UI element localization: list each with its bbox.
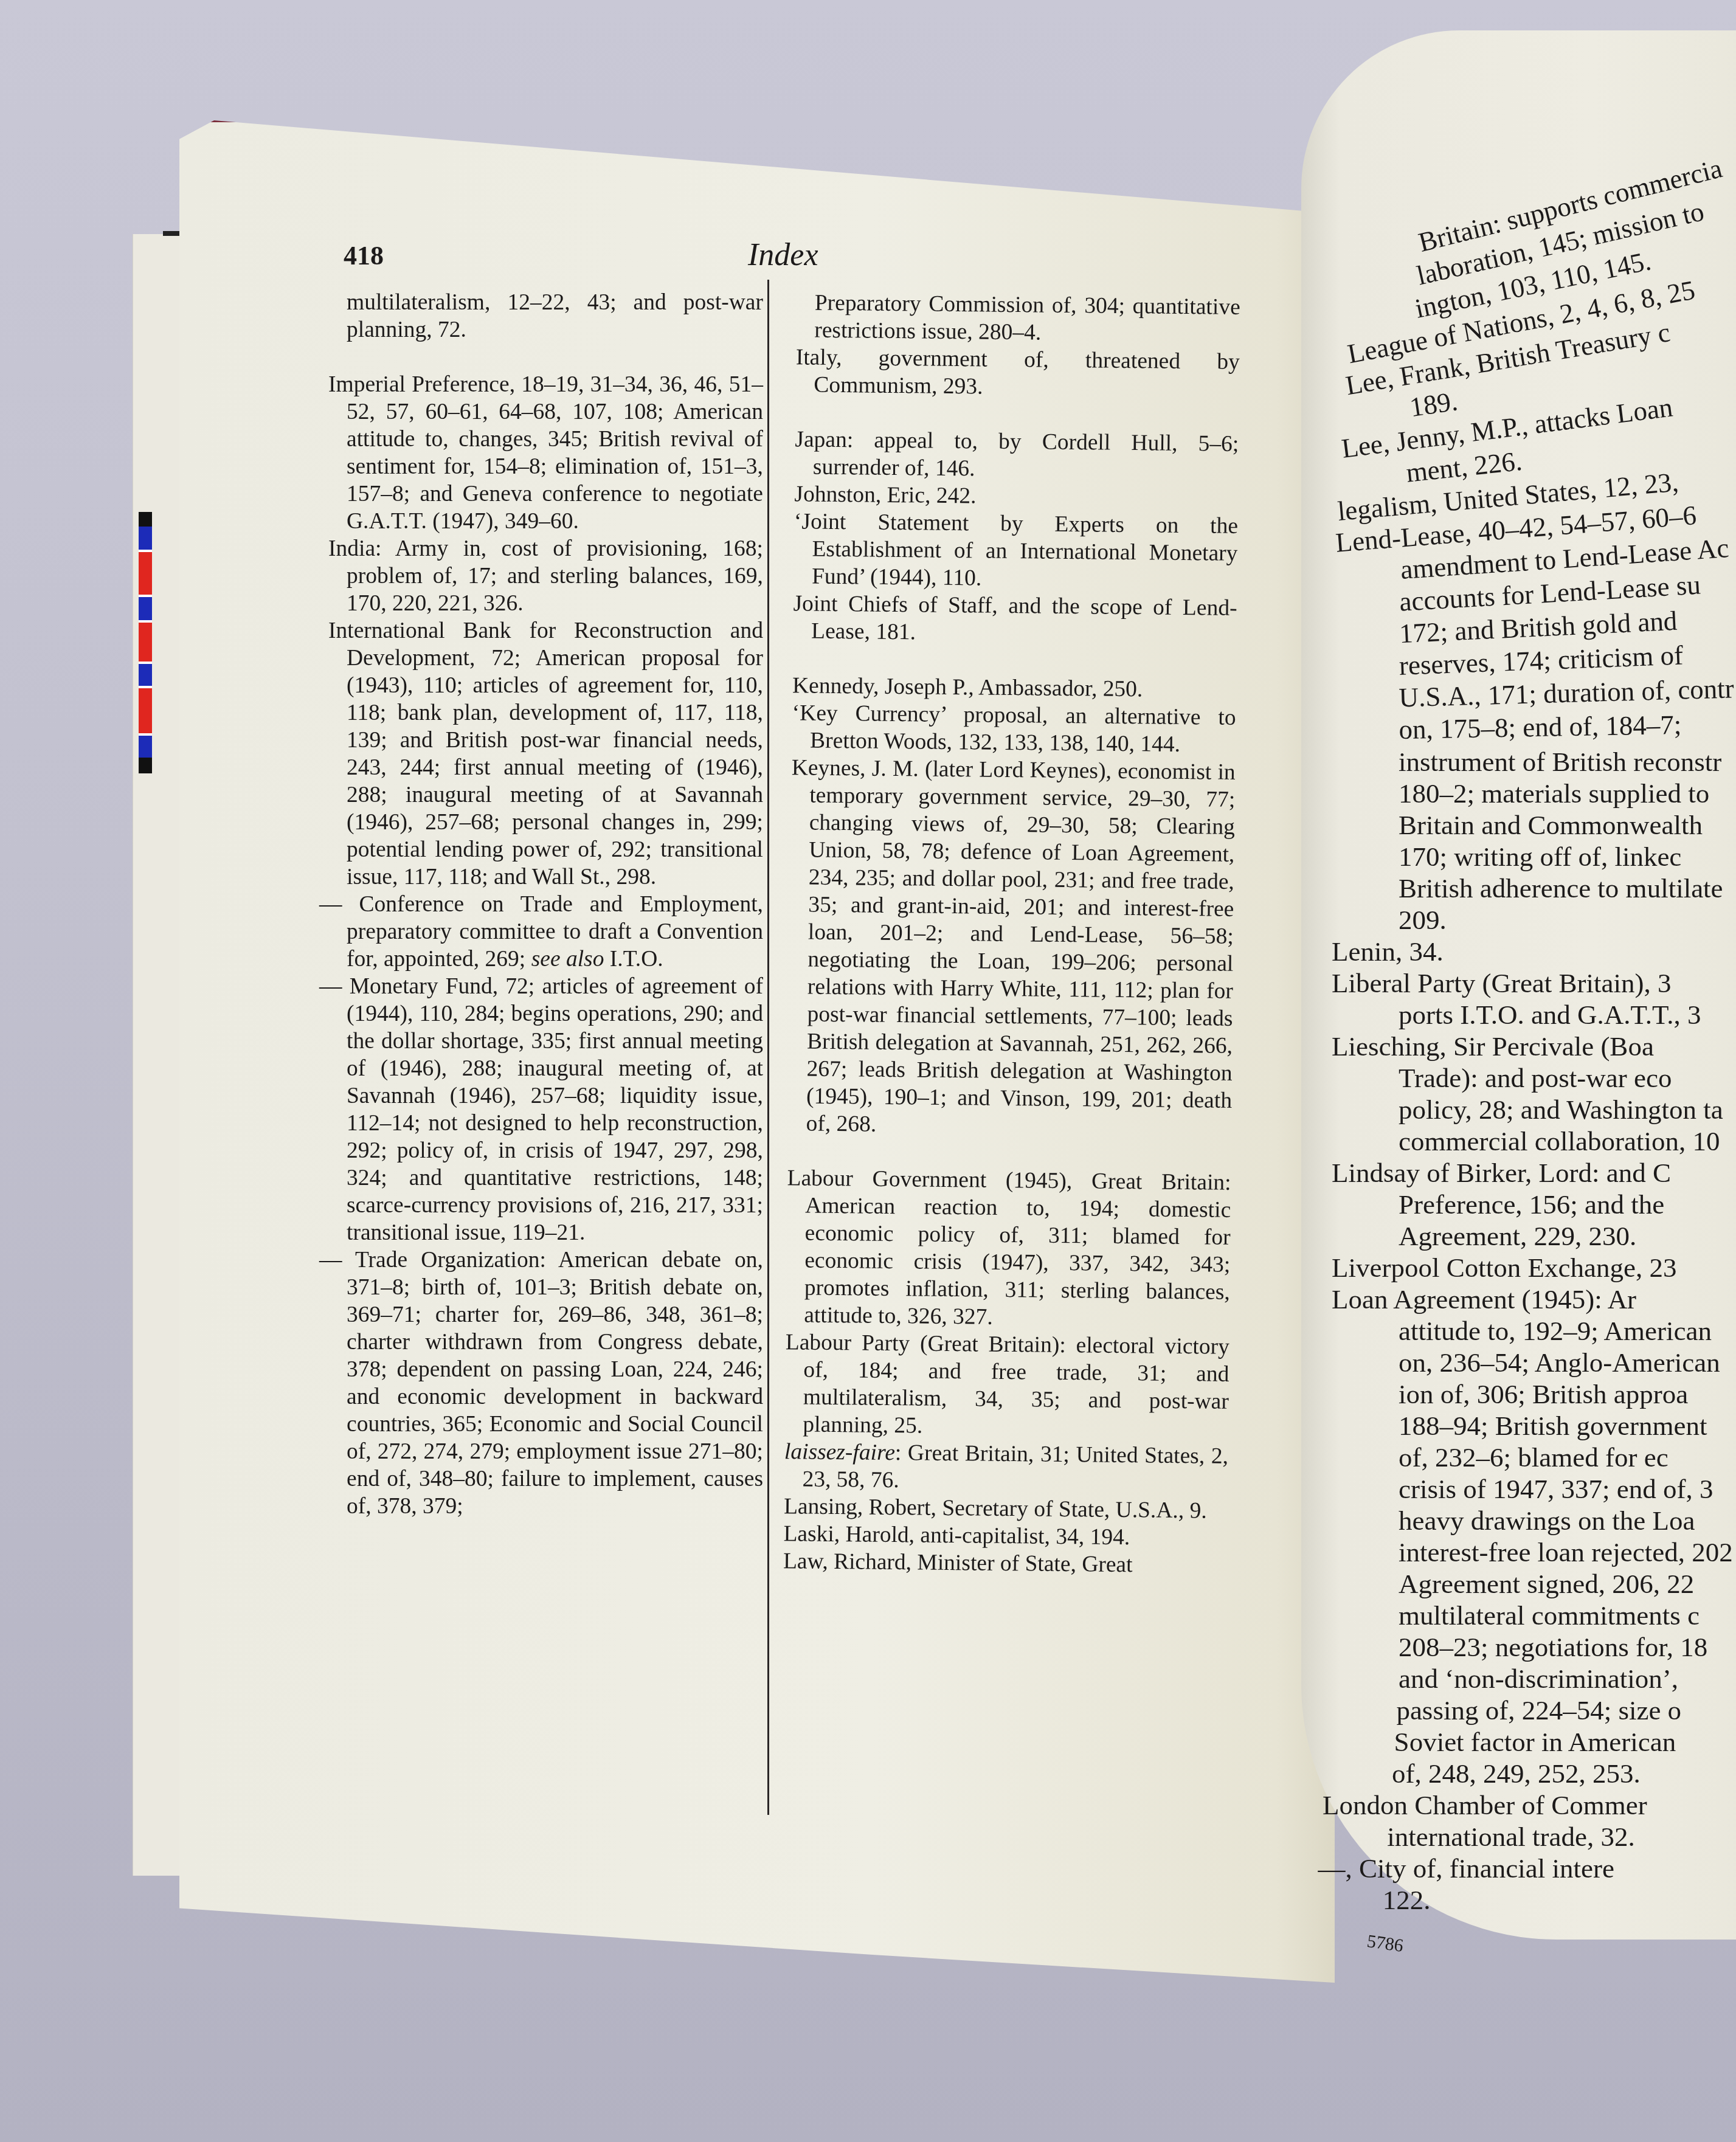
index-line: ion of, 306; British approa: [1365, 1378, 1736, 1410]
italic-term: laissez-faire: [784, 1439, 895, 1465]
index-line: commercial collaboration, 10: [1365, 1125, 1736, 1157]
index-entry: Kennedy, Joseph P., Ambassador, 250.: [774, 672, 1236, 704]
page-header: 418 Index: [344, 240, 1316, 283]
index-entry: Italy, government of, threatened by Comm…: [777, 344, 1240, 403]
index-line: Agreement, 229, 230.: [1365, 1220, 1736, 1252]
index-entry: ‘Joint Statement by Experts on the Estab…: [775, 508, 1238, 595]
index-line: attitude to, 192–9; American: [1365, 1315, 1736, 1347]
index-entry: Johnston, Eric, 242.: [776, 480, 1238, 513]
index-subentry: — Trade Organization: American debate on…: [310, 1246, 763, 1520]
running-head-title: Index: [748, 237, 818, 273]
index-entry: Preparatory Commission of, 304; quantita…: [778, 289, 1240, 348]
index-entry: multilateralism, 12–22, 43; and post-war…: [310, 289, 763, 344]
index-entry: India: Army in, cost of provisioning, 16…: [310, 535, 763, 617]
index-line: passing of, 224–54; size o: [1363, 1695, 1736, 1726]
index-line: —, City of, financial intere: [1352, 1853, 1736, 1884]
index-line: of, 232–6; blamed for ec: [1365, 1442, 1736, 1473]
index-line: Liberal Party (Great Britain), 3: [1365, 967, 1736, 999]
index-column-left: multilateralism, 12–22, 43; and post-war…: [310, 289, 763, 1520]
printer-signature-mark: 5786: [1366, 1931, 1405, 1957]
index-subentry: — Monetary Fund, 72; articles of agreeme…: [310, 973, 763, 1246]
index-line: policy, 28; and Washington ta: [1365, 1094, 1736, 1125]
index-entry: Japan: appeal to, by Cordell Hull, 5–6; …: [776, 426, 1239, 485]
index-entry: ‘Key Currency’ proposal, an alternative …: [773, 699, 1236, 759]
index-line: of, 248, 249, 252, 253.: [1358, 1758, 1736, 1789]
index-line: ports I.T.O. and G.A.T.T., 3: [1365, 999, 1736, 1031]
index-line: multilateral commitments c: [1365, 1600, 1736, 1631]
index-line: 188–94; British government: [1365, 1410, 1736, 1442]
index-entry: Laski, Harold, anti-capitalist, 34, 194.: [765, 1520, 1227, 1552]
index-line: international trade, 32.: [1354, 1821, 1736, 1853]
index-line: 180–2; materials supplied to: [1365, 778, 1736, 809]
index-column-middle: Preparatory Commission of, 304; quantita…: [765, 289, 1240, 1580]
index-line: and ‘non-discrimination’,: [1365, 1663, 1736, 1695]
index-line: Britain and Commonwealth: [1365, 809, 1736, 841]
index-line: Liesching, Sir Percivale (Boa: [1365, 1031, 1736, 1062]
index-entry: Labour Party (Great Britain): electoral …: [766, 1328, 1229, 1443]
index-entry: laissez-faire: Great Britain, 31; United…: [766, 1438, 1228, 1498]
index-line: Soviet factor in American: [1361, 1726, 1736, 1758]
index-entry: Joint Chiefs of Staff, and the scope of …: [775, 590, 1237, 649]
index-line: British adherence to multilate: [1365, 872, 1736, 904]
index-line: Trade): and post-war eco: [1365, 1062, 1736, 1094]
index-line: 170; writing off of, linkec: [1365, 841, 1736, 872]
index-entry: Lansing, Robert, Secretary of State, U.S…: [766, 1493, 1228, 1525]
index-line: on, 236–54; Anglo-American: [1365, 1347, 1736, 1378]
column-divider-rule: [767, 280, 769, 1815]
index-line: Lindsay of Birker, Lord: and C: [1365, 1157, 1736, 1189]
index-line: heavy drawings on the Loa: [1365, 1505, 1736, 1536]
index-line: 208–23; negotiations for, 18: [1365, 1631, 1736, 1663]
index-line: Preference, 156; and the: [1365, 1189, 1736, 1220]
index-line: Lenin, 34.: [1365, 936, 1736, 967]
page-number: 418: [344, 240, 384, 271]
index-line: 209.: [1365, 904, 1736, 936]
index-line: Liverpool Cotton Exchange, 23: [1365, 1252, 1736, 1283]
index-entry: Keynes, J. M. (later Lord Keynes), econo…: [769, 754, 1236, 1142]
index-line: London Chamber of Commer: [1356, 1789, 1736, 1821]
see-also-label: see also: [531, 947, 604, 972]
union-jack-flag-strip-icon: [139, 512, 152, 779]
index-line: 122.: [1349, 1884, 1736, 1916]
index-line: crisis of 1947, 337; end of, 3: [1365, 1473, 1736, 1505]
index-subentry: — Conference on Trade and Employment, pr…: [310, 891, 763, 973]
index-entry: Imperial Preference, 18–19, 31–34, 36, 4…: [310, 371, 763, 535]
index-entry: International Bank for Reconstruction an…: [310, 617, 763, 891]
index-line: instrument of British reconstr: [1365, 746, 1736, 778]
index-line: interest-free loan rejected, 202: [1365, 1536, 1736, 1568]
index-column-right: Britain: supports commercialaboration, 1…: [1365, 240, 1736, 1916]
index-entry: Labour Government (1945), Great Britain:…: [767, 1164, 1231, 1333]
index-line: Agreement signed, 206, 22: [1365, 1568, 1736, 1600]
index-entry: Law, Richard, Minister of State, Great: [765, 1547, 1227, 1580]
index-line: Loan Agreement (1945): Ar: [1365, 1283, 1736, 1315]
